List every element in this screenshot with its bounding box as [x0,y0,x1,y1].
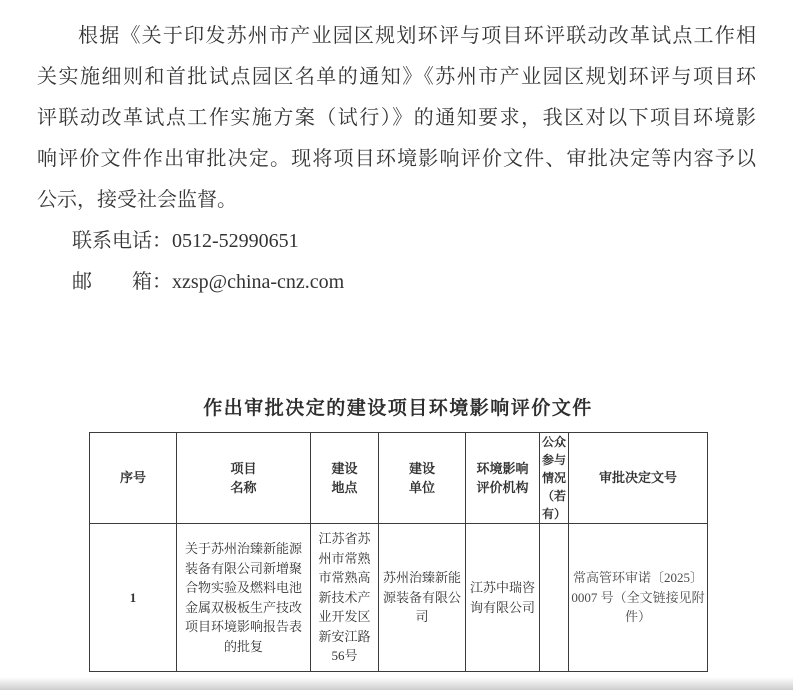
col-header-builder-line: 单位 [381,478,463,498]
cell-project-name: 关于苏州治臻新能源装备有限公司新增聚合物实验及燃料电池金属双极板生产技改项目环境… [177,524,311,672]
col-header-builder: 建设 单位 [379,433,466,524]
col-header-seq: 序号 [90,433,177,524]
intro-line-4: 响评价文件作出审批决定。现将项目环境影响评价文件、审批决定等内容予以 [37,139,756,180]
cell-eia-agency: 江苏中瑞咨询有限公司 [466,524,540,672]
intro-line-5: 公示，接受社会监督。 [37,180,756,221]
col-header-project-name-line: 名称 [179,478,308,498]
contact-phone-value: 0512-52990651 [172,230,299,252]
header-row: 序号 项目 名称 建设 地点 建设 单位 环境影响 评价机构 [90,433,708,524]
contact-email-label: 邮 箱： [72,271,172,293]
col-header-builder-line: 建设 [381,459,463,479]
intro-line-1: 根据《关于印发苏州市产业园区规划环评与项目环评联动改革试点工作相 [37,16,756,57]
cell-public-participation [540,524,569,672]
bottom-shade [0,677,793,690]
col-header-public-participation-label: 公众参与情况（若有） [542,433,566,523]
contact-email-value: xzsp@china-cnz.com [172,271,344,293]
table-title: 作出审批决定的建设项目环境影响评价文件 [89,393,707,420]
col-header-project-name-line: 项目 [179,459,308,479]
cell-location: 江苏省苏州市常熟市常熟高新技术产业开发区新安江路56号 [311,524,379,672]
intro-line-3: 评联动改革试点工作实施方案（试行）》的通知要求，我区对以下项目环境影 [37,98,756,139]
col-header-location-line: 建设 [313,459,376,479]
col-header-eia-agency-line: 评价机构 [468,478,537,498]
intro-line-2: 关实施细则和首批试点园区名单的通知》《苏州市产业园区规划环评与项目环 [37,57,756,98]
cell-builder: 苏州治臻新能源装备有限公司 [379,524,466,672]
col-header-eia-agency-line: 环境影响 [468,459,537,479]
col-header-approval-no-label: 审批决定文号 [571,468,705,488]
cell-seq: 1 [90,524,177,672]
approval-table: 序号 项目 名称 建设 地点 建设 单位 环境影响 评价机构 [89,432,708,672]
col-header-eia-agency: 环境影响 评价机构 [466,433,540,524]
contact-phone-row: 联系电话：0512-52990651 [37,221,756,262]
col-header-project-name: 项目 名称 [177,433,311,524]
cell-approval-no: 常高管环审诺〔2025〕0007 号（全文链接见附件） [569,524,708,672]
col-header-seq-label: 序号 [92,468,174,488]
col-header-location: 建设 地点 [311,433,379,524]
intro-paragraph: 根据《关于印发苏州市产业园区规划环评与项目环评联动改革试点工作相 关实施细则和首… [37,16,756,303]
col-header-approval-no: 审批决定文号 [569,433,708,524]
table-row: 1 关于苏州治臻新能源装备有限公司新增聚合物实验及燃料电池金属双极板生产技改项目… [90,524,708,672]
col-header-public-participation: 公众参与情况（若有） [540,433,569,524]
contact-phone-label: 联系电话： [72,230,172,252]
contact-email-row: 邮 箱：xzsp@china-cnz.com [37,262,756,303]
notice-page: 根据《关于印发苏州市产业园区规划环评与项目环评联动改革试点工作相 关实施细则和首… [0,0,793,690]
col-header-location-line: 地点 [313,478,376,498]
